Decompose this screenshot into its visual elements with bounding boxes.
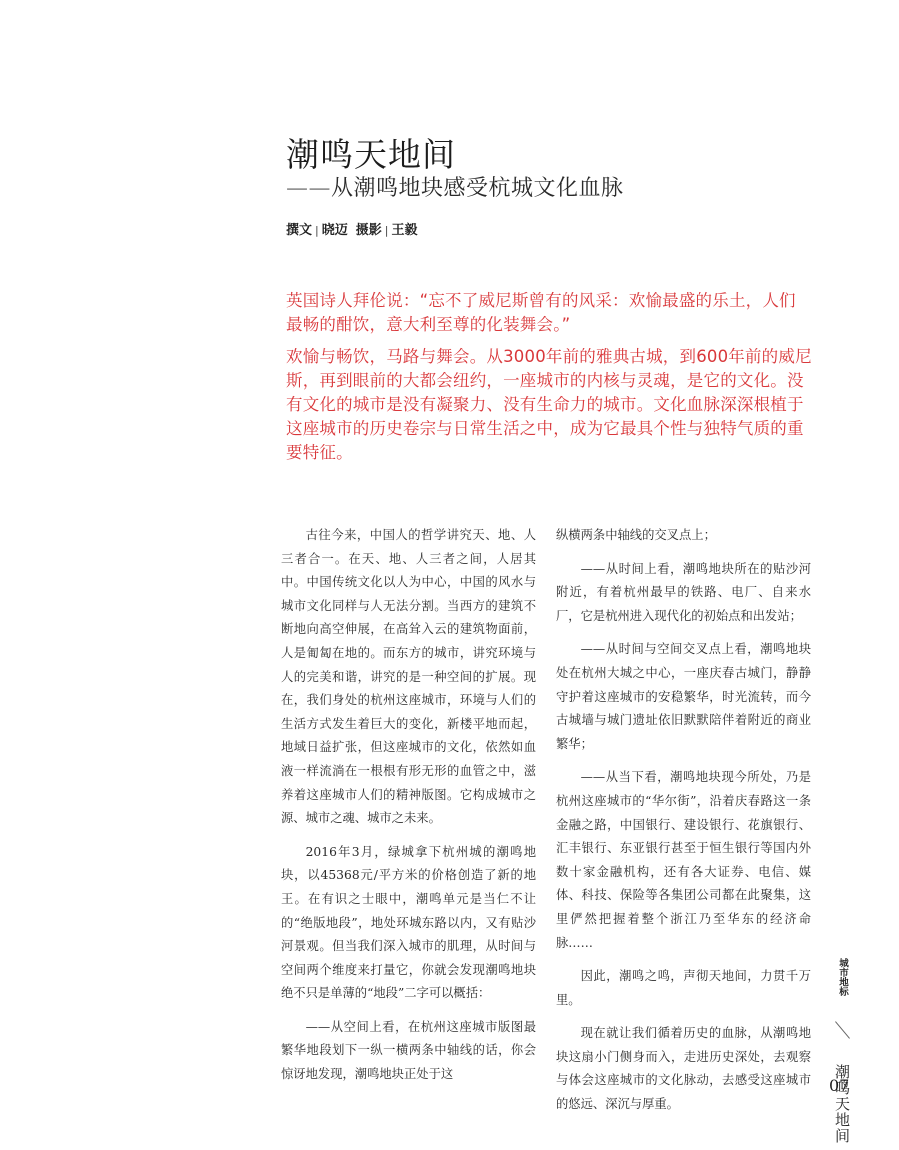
photographer-label: 摄影	[356, 223, 382, 238]
page-number: 07	[829, 1076, 849, 1095]
slash-divider	[835, 1021, 850, 1038]
intro-lede: 英国诗人拜伦说：“忘不了威尼斯曾有的风采：欢愉最盛的乐土，人们最畅的酣饮，意大利…	[286, 289, 812, 473]
body-paragraph: ——从时间与空间交叉点上看，潮鸣地块处在杭州大城之中心，一座庆春古城门，静静守护…	[556, 638, 811, 756]
section-label: 城市地标	[837, 958, 848, 996]
byline: 撰文|晓迈摄影|王毅	[286, 222, 418, 240]
body-paragraph: 因此，潮鸣之鸣，声彻天地间，力贯千万里。	[556, 965, 811, 1012]
article-title: 潮鸣天地间	[286, 136, 456, 174]
body-paragraph: 2016年3月，绿城拿下杭州城的潮鸣地块，以45368元/平方米的价格创造了新的…	[281, 841, 536, 1006]
byline-separator: |	[315, 224, 319, 237]
body-paragraph: ——从空间上看，在杭州这座城市版图最繁华地段划下一纵一横两条中轴线的话，你会惊讶…	[281, 1016, 536, 1087]
running-header: 城市地标 潮鸣天地间	[833, 958, 853, 1144]
article-subtitle: ——从潮鸣地块感受杭城文化血脉	[286, 175, 624, 203]
writer-name: 晓迈	[322, 223, 348, 238]
byline-separator: |	[385, 224, 389, 237]
column-left: 古往今来，中国人的哲学讲究天、地、人三者合一。在天、地、人三者之间，人居其中。中…	[281, 524, 536, 1104]
intro-quote: 英国诗人拜伦说：“忘不了威尼斯曾有的风采：欢愉最盛的乐土，人们最畅的酣饮，意大利…	[286, 289, 812, 337]
body-paragraph: ——从当下看，潮鸣地块现今所处，乃是杭州这座城市的“华尔街”，沿着庆春路这一条金…	[556, 766, 811, 955]
body-paragraph: 古往今来，中国人的哲学讲究天、地、人三者合一。在天、地、人三者之间，人居其中。中…	[281, 524, 536, 831]
intro-paragraph: 欢愉与畅饮，马路与舞会。从3000年前的雅典古城，到600年前的威尼斯，再到眼前…	[286, 345, 812, 465]
photographer-name: 王毅	[391, 223, 417, 238]
body-paragraph: 纵横两条中轴线的交叉点上；	[556, 524, 811, 548]
body-paragraph: 现在就让我们循着历史的血脉，从潮鸣地块这扇小门侧身而入，走进历史深处，去观察与体…	[556, 1022, 811, 1116]
writer-label: 撰文	[286, 223, 312, 238]
column-right: 纵横两条中轴线的交叉点上； ——从时间上看，潮鸣地块所在的贴沙河附近，有着杭州最…	[556, 524, 811, 1104]
body-columns: 古往今来，中国人的哲学讲究天、地、人三者合一。在天、地、人三者之间，人居其中。中…	[281, 524, 811, 1104]
body-paragraph: ——从时间上看，潮鸣地块所在的贴沙河附近，有着杭州最早的铁路、电厂、自来水厂，它…	[556, 558, 811, 629]
